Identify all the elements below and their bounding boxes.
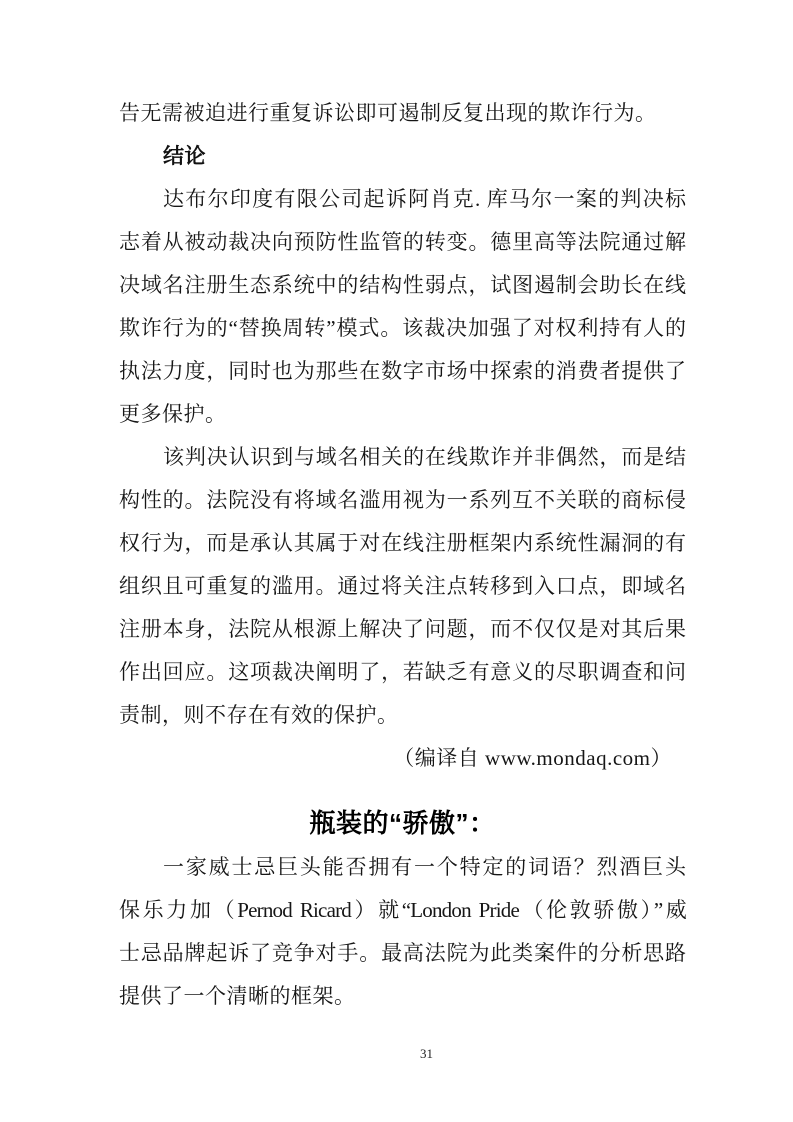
paragraph-line: 保乐力加（Pernod Ricard）就“London Pride（伦敦骄傲）”… [119, 889, 686, 932]
paragraph-line: 构性的。法院没有将域名滥用视为一系列互不关联的商标侵 [119, 479, 686, 522]
paragraph-line: 该判决认识到与域名相关的在线欺诈并非偶然，而是结 [119, 436, 686, 479]
paragraph-line: 欺诈行为的“替换周转”模式。该裁决加强了对权利持有人的 [119, 307, 686, 350]
paragraph-line: 提供了一个清晰的框架。 [119, 975, 686, 1018]
paragraph-line: 作出回应。这项裁决阐明了，若缺乏有意义的尽职调查和问 [119, 651, 686, 694]
section-subheading-conclusion: 结论 [119, 135, 686, 178]
article-title: 瓶装的“骄傲”：印度见证一场有关威士忌商标的战争 [119, 800, 686, 846]
page-number: 31 [0, 1046, 793, 1062]
page-body: 告无需被迫进行重复诉讼即可遏制反复出现的欺诈行为。 结论 达布尔印度有限公司起诉… [119, 92, 686, 1018]
paragraph-line: 注册本身，法院从根源上解决了问题，而不仅仅是对其后果 [119, 608, 686, 651]
paragraph-line: 一家威士忌巨头能否拥有一个特定的词语？烈酒巨头 [119, 846, 686, 889]
document-page: 告无需被迫进行重复诉讼即可遏制反复出现的欺诈行为。 结论 达布尔印度有限公司起诉… [0, 0, 793, 1122]
paragraph-line: 志着从被动裁决向预防性监管的转变。德里高等法院通过解 [119, 221, 686, 264]
paragraph-line: 权行为，而是承认其属于对在线注册框架内系统性漏洞的有 [119, 522, 686, 565]
paragraph-line: 告无需被迫进行重复诉讼即可遏制反复出现的欺诈行为。 [119, 92, 686, 135]
paragraph-line: 决域名注册生态系统中的结构性弱点，试图遏制会助长在线 [119, 264, 686, 307]
source-attribution: （编译自 www.mondaq.com） [119, 737, 686, 780]
paragraph-line: 组织且可重复的滥用。通过将关注点转移到入口点，即域名 [119, 565, 686, 608]
paragraph-line: 责制，则不存在有效的保护。 [119, 694, 686, 737]
paragraph-line: 达布尔印度有限公司起诉阿肖克. 库马尔一案的判决标 [119, 178, 686, 221]
paragraph-line: 士忌品牌起诉了竞争对手。最高法院为此类案件的分析思路 [119, 932, 686, 975]
paragraph-line: 执法力度，同时也为那些在数字市场中探索的消费者提供了 [119, 350, 686, 393]
paragraph-line: 更多保护。 [119, 393, 686, 436]
